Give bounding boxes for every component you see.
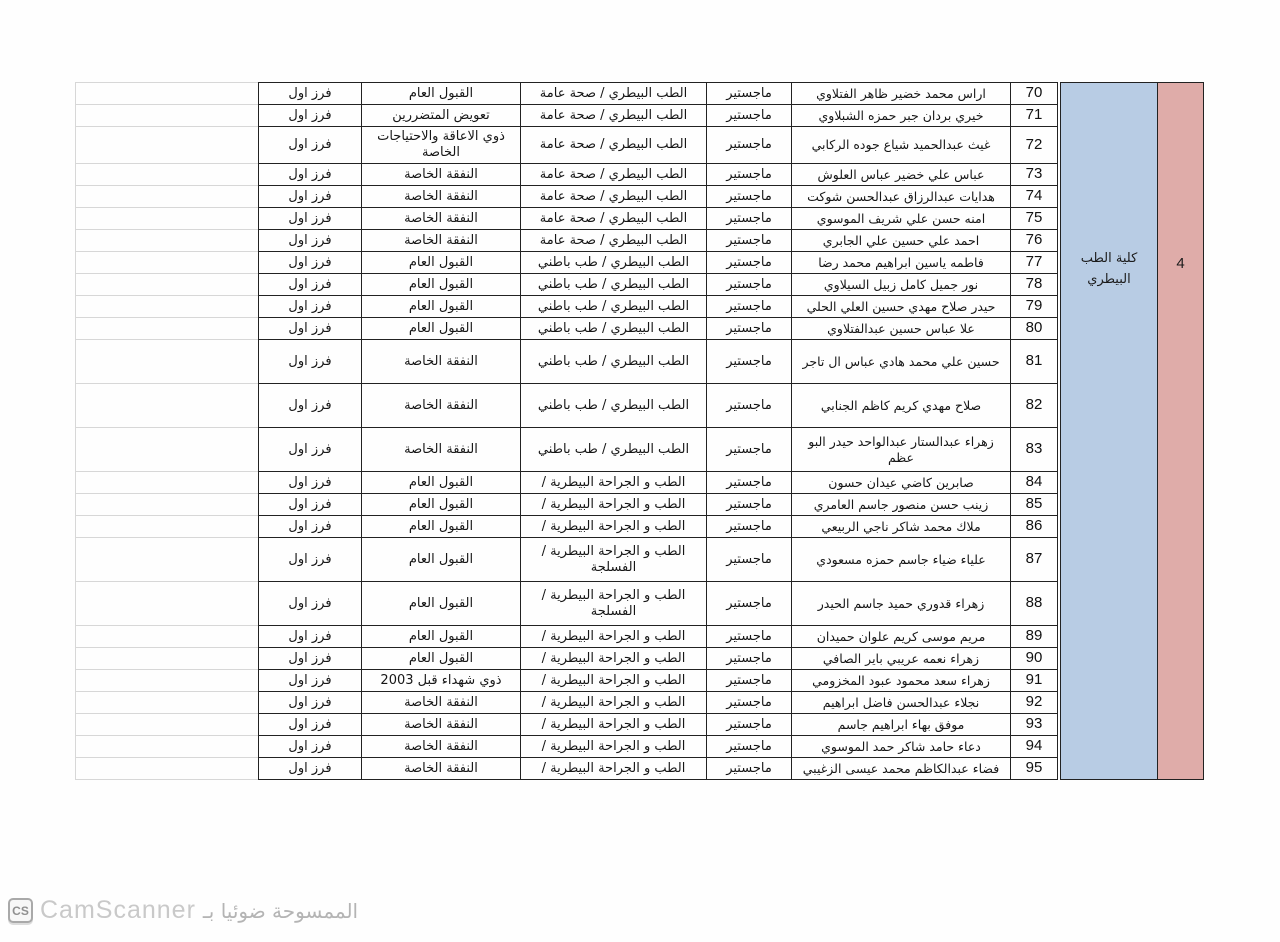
cell-empty: [76, 105, 259, 127]
cell-department: الطب و الجراحة البيطرية /: [521, 626, 707, 648]
cell-student-name: دعاء حامد شاكر حمد الموسوي: [792, 736, 1011, 758]
cell-admission-channel: القبول العام: [362, 274, 521, 296]
college-serial-number: 4: [1158, 255, 1203, 272]
cell-admission-channel: النفقة الخاصة: [362, 758, 521, 780]
cell-serial: 85: [1011, 494, 1058, 516]
cell-student-name: زينب حسن منصور جاسم العامري: [792, 494, 1011, 516]
cell-admission-channel: النفقة الخاصة: [362, 428, 521, 472]
cell-serial: 72: [1011, 127, 1058, 164]
cell-admission-channel: النفقة الخاصة: [362, 164, 521, 186]
table-row: 79 حيدر صلاح مهدي حسين العلي الحلي ماجست…: [76, 296, 1058, 318]
table-row: 74 هدايات عبدالرزاق عبدالحسن شوكت ماجستي…: [76, 186, 1058, 208]
cell-empty: [76, 736, 259, 758]
cell-department: الطب و الجراحة البيطرية /: [521, 736, 707, 758]
cell-department: الطب البيطري / طب باطني: [521, 252, 707, 274]
cell-degree: ماجستير: [707, 516, 792, 538]
cell-degree: ماجستير: [707, 252, 792, 274]
cell-empty: [76, 472, 259, 494]
cell-empty: [76, 516, 259, 538]
cell-department: الطب البيطري / صحة عامة: [521, 164, 707, 186]
camscanner-icon: CS: [8, 898, 33, 923]
table-row: 87 علياء ضياء جاسم حمزه مسعودي ماجستير ا…: [76, 538, 1058, 582]
camscanner-brand: CamScanner: [40, 896, 196, 925]
cell-serial: 79: [1011, 296, 1058, 318]
cell-sort-round: فرز اول: [259, 538, 362, 582]
cell-admission-channel: القبول العام: [362, 648, 521, 670]
cell-degree: ماجستير: [707, 582, 792, 626]
cell-student-name: حيدر صلاح مهدي حسين العلي الحلي: [792, 296, 1011, 318]
cell-sort-round: فرز اول: [259, 692, 362, 714]
cell-department: الطب البيطري / صحة عامة: [521, 186, 707, 208]
cell-admission-channel: النفقة الخاصة: [362, 230, 521, 252]
admission-table: 70 اراس محمد خضير ظاهر الفتلاوي ماجستير …: [75, 82, 1058, 780]
cell-student-name: فضاء عبدالكاظم محمد عيسى الزغيبي: [792, 758, 1011, 780]
cell-sort-round: فرز اول: [259, 83, 362, 105]
table-row: 91 زهراء سعد محمود عبود المخزومي ماجستير…: [76, 670, 1058, 692]
cell-empty: [76, 296, 259, 318]
college-name: كلية الطب البيطري: [1061, 249, 1157, 291]
cell-serial: 71: [1011, 105, 1058, 127]
cell-serial: 70: [1011, 83, 1058, 105]
cell-degree: ماجستير: [707, 164, 792, 186]
cell-admission-channel: القبول العام: [362, 538, 521, 582]
cell-sort-round: فرز اول: [259, 494, 362, 516]
cell-degree: ماجستير: [707, 626, 792, 648]
cell-serial: 82: [1011, 384, 1058, 428]
cell-sort-round: فرز اول: [259, 626, 362, 648]
cell-department: الطب و الجراحة البيطرية /: [521, 670, 707, 692]
cell-sort-round: فرز اول: [259, 274, 362, 296]
cell-student-name: غيث عبدالحميد شياع جوده الركابي: [792, 127, 1011, 164]
table-row: 72 غيث عبدالحميد شياع جوده الركابي ماجست…: [76, 127, 1058, 164]
cell-sort-round: فرز اول: [259, 296, 362, 318]
cell-serial: 84: [1011, 472, 1058, 494]
cell-sort-round: فرز اول: [259, 428, 362, 472]
cell-degree: ماجستير: [707, 384, 792, 428]
cell-serial: 86: [1011, 516, 1058, 538]
cell-serial: 73: [1011, 164, 1058, 186]
cell-department: الطب و الجراحة البيطرية /: [521, 494, 707, 516]
cell-empty: [76, 714, 259, 736]
cell-degree: ماجستير: [707, 714, 792, 736]
cell-admission-channel: ذوي شهداء قبل 2003: [362, 670, 521, 692]
cell-admission-channel: النفقة الخاصة: [362, 340, 521, 384]
cell-sort-round: فرز اول: [259, 472, 362, 494]
cell-admission-channel: القبول العام: [362, 472, 521, 494]
cell-serial: 91: [1011, 670, 1058, 692]
table-row: 80 علا عباس حسين عبدالفتلاوي ماجستير الط…: [76, 318, 1058, 340]
cell-student-name: ملاك محمد شاكر ناجي الربيعي: [792, 516, 1011, 538]
cell-degree: ماجستير: [707, 83, 792, 105]
cell-empty: [76, 252, 259, 274]
cell-sort-round: فرز اول: [259, 384, 362, 428]
cell-student-name: خيري بردان جبر حمزه الشبلاوي: [792, 105, 1011, 127]
table-row: 70 اراس محمد خضير ظاهر الفتلاوي ماجستير …: [76, 83, 1058, 105]
table-row: 84 صابرين كاضي عيدان حسون ماجستير الطب و…: [76, 472, 1058, 494]
cell-department: الطب و الجراحة البيطرية /: [521, 472, 707, 494]
cell-degree: ماجستير: [707, 105, 792, 127]
cell-serial: 76: [1011, 230, 1058, 252]
cell-admission-channel: القبول العام: [362, 494, 521, 516]
cell-admission-channel: النفقة الخاصة: [362, 692, 521, 714]
cell-empty: [76, 648, 259, 670]
cell-admission-channel: القبول العام: [362, 626, 521, 648]
cell-sort-round: فرز اول: [259, 670, 362, 692]
table-row: 83 زهراء عبدالستار عبدالواحد حيدر البو ع…: [76, 428, 1058, 472]
cell-department: الطب البيطري / طب باطني: [521, 340, 707, 384]
table-row: 94 دعاء حامد شاكر حمد الموسوي ماجستير ال…: [76, 736, 1058, 758]
cell-empty: [76, 318, 259, 340]
cell-sort-round: فرز اول: [259, 648, 362, 670]
cell-sort-round: فرز اول: [259, 582, 362, 626]
cell-student-name: زهراء نعمه عريبي باير الصافي: [792, 648, 1011, 670]
cell-department: الطب البيطري / صحة عامة: [521, 230, 707, 252]
cell-empty: [76, 208, 259, 230]
cell-student-name: نور جميل كامل زبيل السيلاوي: [792, 274, 1011, 296]
cell-empty: [76, 582, 259, 626]
cell-degree: ماجستير: [707, 296, 792, 318]
cell-admission-channel: القبول العام: [362, 516, 521, 538]
cell-empty: [76, 127, 259, 164]
cell-department: الطب البيطري / طب باطني: [521, 428, 707, 472]
cell-degree: ماجستير: [707, 538, 792, 582]
cell-degree: ماجستير: [707, 670, 792, 692]
cell-degree: ماجستير: [707, 494, 792, 516]
cell-sort-round: فرز اول: [259, 318, 362, 340]
cell-degree: ماجستير: [707, 340, 792, 384]
cell-sort-round: فرز اول: [259, 714, 362, 736]
cell-serial: 78: [1011, 274, 1058, 296]
cell-department: الطب و الجراحة البيطرية /: [521, 692, 707, 714]
cell-degree: ماجستير: [707, 736, 792, 758]
table-row: 89 مريم موسى كريم علوان حميدان ماجستير ا…: [76, 626, 1058, 648]
cell-degree: ماجستير: [707, 472, 792, 494]
cell-sort-round: فرز اول: [259, 516, 362, 538]
table-row: 71 خيري بردان جبر حمزه الشبلاوي ماجستير …: [76, 105, 1058, 127]
cell-department: الطب البيطري / طب باطني: [521, 384, 707, 428]
cell-sort-round: فرز اول: [259, 186, 362, 208]
cell-sort-round: فرز اول: [259, 127, 362, 164]
cell-sort-round: فرز اول: [259, 230, 362, 252]
table-row: 90 زهراء نعمه عريبي باير الصافي ماجستير …: [76, 648, 1058, 670]
cell-department: الطب البيطري / صحة عامة: [521, 83, 707, 105]
table-row: 92 نجلاء عبدالحسن فاضل ابراهيم ماجستير ا…: [76, 692, 1058, 714]
cell-admission-channel: النفقة الخاصة: [362, 736, 521, 758]
cell-student-name: زهراء سعد محمود عبود المخزومي: [792, 670, 1011, 692]
cell-department: الطب البيطري / صحة عامة: [521, 127, 707, 164]
cell-student-name: نجلاء عبدالحسن فاضل ابراهيم: [792, 692, 1011, 714]
cell-sort-round: فرز اول: [259, 340, 362, 384]
cell-serial: 80: [1011, 318, 1058, 340]
table-row: 85 زينب حسن منصور جاسم العامري ماجستير ا…: [76, 494, 1058, 516]
table-row: 86 ملاك محمد شاكر ناجي الربيعي ماجستير ا…: [76, 516, 1058, 538]
cell-admission-channel: النفقة الخاصة: [362, 208, 521, 230]
cell-admission-channel: النفقة الخاصة: [362, 384, 521, 428]
cell-student-name: احمد علي حسين علي الجابري: [792, 230, 1011, 252]
cell-sort-round: فرز اول: [259, 758, 362, 780]
college-column: كلية الطب البيطري: [1060, 82, 1158, 780]
cell-serial: 81: [1011, 340, 1058, 384]
cell-serial: 93: [1011, 714, 1058, 736]
cell-empty: [76, 274, 259, 296]
scanned-page: 70 اراس محمد خضير ظاهر الفتلاوي ماجستير …: [0, 0, 1280, 942]
cell-serial: 90: [1011, 648, 1058, 670]
cell-admission-channel: النفقة الخاصة: [362, 714, 521, 736]
cell-serial: 75: [1011, 208, 1058, 230]
cell-empty: [76, 230, 259, 252]
cell-student-name: صابرين كاضي عيدان حسون: [792, 472, 1011, 494]
cell-student-name: عباس علي خضير عباس العلوش: [792, 164, 1011, 186]
cell-degree: ماجستير: [707, 318, 792, 340]
cell-empty: [76, 83, 259, 105]
table-row: 78 نور جميل كامل زبيل السيلاوي ماجستير ا…: [76, 274, 1058, 296]
cell-department: الطب و الجراحة البيطرية / الفسلجة: [521, 582, 707, 626]
cell-degree: ماجستير: [707, 648, 792, 670]
cell-empty: [76, 164, 259, 186]
table-row: 81 حسين علي محمد هادي عباس ال تاجر ماجست…: [76, 340, 1058, 384]
cell-admission-channel: القبول العام: [362, 318, 521, 340]
cell-admission-channel: القبول العام: [362, 582, 521, 626]
cell-serial: 87: [1011, 538, 1058, 582]
camscanner-watermark: CS CamScanner الممسوحة ضوئيا بـ: [8, 896, 358, 925]
cell-department: الطب و الجراحة البيطرية /: [521, 648, 707, 670]
cell-department: الطب البيطري / طب باطني: [521, 296, 707, 318]
camscanner-text: الممسوحة ضوئيا بـ: [203, 899, 358, 923]
table-row: 77 فاطمه ياسين ابراهيم محمد رضا ماجستير …: [76, 252, 1058, 274]
table-row: 75 امنه حسن علي شريف الموسوي ماجستير الط…: [76, 208, 1058, 230]
table-row: 93 موفق بهاء ابراهيم جاسم ماجستير الطب و…: [76, 714, 1058, 736]
cell-student-name: حسين علي محمد هادي عباس ال تاجر: [792, 340, 1011, 384]
cell-department: الطب و الجراحة البيطرية / الفسلجة: [521, 538, 707, 582]
cell-sort-round: فرز اول: [259, 208, 362, 230]
table-row: 73 عباس علي خضير عباس العلوش ماجستير الط…: [76, 164, 1058, 186]
cell-admission-channel: القبول العام: [362, 83, 521, 105]
table-wrap: 70 اراس محمد خضير ظاهر الفتلاوي ماجستير …: [75, 82, 1058, 780]
cell-serial: 77: [1011, 252, 1058, 274]
cell-sort-round: فرز اول: [259, 252, 362, 274]
cell-admission-channel: تعويض المتضررين: [362, 105, 521, 127]
cell-department: الطب البيطري / صحة عامة: [521, 208, 707, 230]
cell-degree: ماجستير: [707, 127, 792, 164]
cell-student-name: زهراء عبدالستار عبدالواحد حيدر البو عظم: [792, 428, 1011, 472]
cell-empty: [76, 340, 259, 384]
cell-student-name: صلاح مهدي كريم كاظم الجنابي: [792, 384, 1011, 428]
cell-serial: 88: [1011, 582, 1058, 626]
cell-serial: 83: [1011, 428, 1058, 472]
cell-student-name: فاطمه ياسين ابراهيم محمد رضا: [792, 252, 1011, 274]
cell-degree: ماجستير: [707, 230, 792, 252]
cell-empty: [76, 384, 259, 428]
cell-student-name: علياء ضياء جاسم حمزه مسعودي: [792, 538, 1011, 582]
cell-department: الطب و الجراحة البيطرية /: [521, 758, 707, 780]
cell-empty: [76, 670, 259, 692]
cell-student-name: امنه حسن علي شريف الموسوي: [792, 208, 1011, 230]
cell-degree: ماجستير: [707, 692, 792, 714]
cell-empty: [76, 626, 259, 648]
cell-department: الطب البيطري / طب باطني: [521, 274, 707, 296]
cell-department: الطب البيطري / طب باطني: [521, 318, 707, 340]
cell-sort-round: فرز اول: [259, 736, 362, 758]
cell-student-name: اراس محمد خضير ظاهر الفتلاوي: [792, 83, 1011, 105]
cell-sort-round: فرز اول: [259, 164, 362, 186]
cell-empty: [76, 186, 259, 208]
cell-serial: 95: [1011, 758, 1058, 780]
cell-student-name: مريم موسى كريم علوان حميدان: [792, 626, 1011, 648]
cell-admission-channel: القبول العام: [362, 252, 521, 274]
cell-empty: [76, 494, 259, 516]
cell-degree: ماجستير: [707, 186, 792, 208]
cell-department: الطب و الجراحة البيطرية /: [521, 516, 707, 538]
cell-empty: [76, 538, 259, 582]
cell-empty: [76, 692, 259, 714]
cell-serial: 74: [1011, 186, 1058, 208]
cell-serial: 94: [1011, 736, 1058, 758]
cell-department: الطب و الجراحة البيطرية /: [521, 714, 707, 736]
cell-department: الطب البيطري / صحة عامة: [521, 105, 707, 127]
cell-admission-channel: النفقة الخاصة: [362, 186, 521, 208]
cell-student-name: موفق بهاء ابراهيم جاسم: [792, 714, 1011, 736]
cell-empty: [76, 428, 259, 472]
cell-student-name: علا عباس حسين عبدالفتلاوي: [792, 318, 1011, 340]
table-row: 88 زهراء قدوري حميد جاسم الحيدر ماجستير …: [76, 582, 1058, 626]
cell-sort-round: فرز اول: [259, 105, 362, 127]
cell-degree: ماجستير: [707, 208, 792, 230]
cell-degree: ماجستير: [707, 274, 792, 296]
cell-admission-channel: ذوي الاعاقة والاحتياجات الخاصة: [362, 127, 521, 164]
cell-student-name: زهراء قدوري حميد جاسم الحيدر: [792, 582, 1011, 626]
cell-empty: [76, 758, 259, 780]
cell-student-name: هدايات عبدالرزاق عبدالحسن شوكت: [792, 186, 1011, 208]
cell-serial: 89: [1011, 626, 1058, 648]
table-row: 95 فضاء عبدالكاظم محمد عيسى الزغيبي ماجس…: [76, 758, 1058, 780]
table-row: 82 صلاح مهدي كريم كاظم الجنابي ماجستير ا…: [76, 384, 1058, 428]
cell-serial: 92: [1011, 692, 1058, 714]
table-row: 76 احمد علي حسين علي الجابري ماجستير الط…: [76, 230, 1058, 252]
cell-admission-channel: القبول العام: [362, 296, 521, 318]
cell-degree: ماجستير: [707, 428, 792, 472]
group-column: 4: [1157, 82, 1204, 780]
cell-degree: ماجستير: [707, 758, 792, 780]
